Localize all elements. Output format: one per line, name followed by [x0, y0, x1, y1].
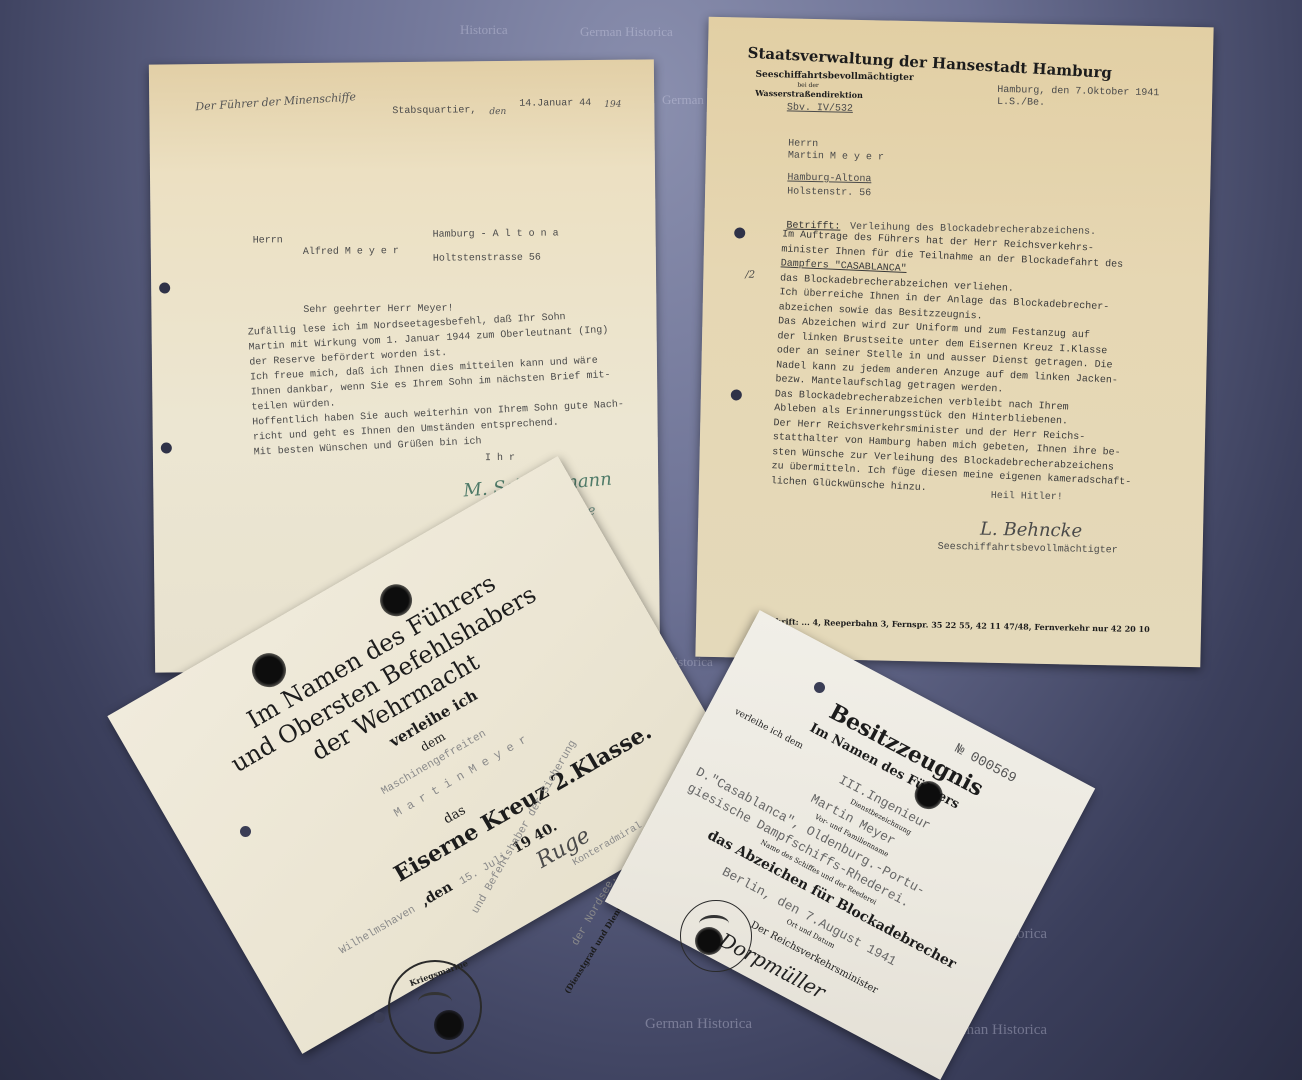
place: Wilhelmshaven [338, 904, 418, 957]
censor-blot [695, 927, 723, 955]
punch-hole [240, 826, 251, 837]
margin-note: /2 [745, 270, 755, 281]
signature: L. Behncke [980, 519, 1083, 542]
recipient-city: Hamburg - A l t o n a [433, 228, 559, 240]
eagle-icon [418, 992, 452, 1011]
recipient-name: Alfred M e y e r [303, 246, 399, 258]
letterhead-subtitle: Wasserstraßendirektion [755, 88, 863, 100]
date: 14.Januar 44 [519, 98, 591, 110]
recipient-city: Hamburg-Altona [787, 172, 871, 185]
censor-blot [434, 1010, 464, 1040]
number-label: № [952, 741, 967, 759]
watermark: German Historica [580, 24, 673, 40]
signature-title: Seeschiffahrtsbevollmächtigter [938, 542, 1118, 557]
place: Stabsquartier, [392, 105, 476, 117]
recipient-street: Holtstenstrasse 56 [433, 253, 541, 265]
salutation-prefix: Herrn [788, 138, 818, 150]
reference-2: L.S./Be. [997, 97, 1045, 109]
recipient-street: Holstenstr. 56 [787, 186, 871, 199]
den-label: den [489, 107, 506, 117]
letter-body: Im Auftrage des Führers hat der Herr Rei… [771, 228, 1143, 505]
punch-hole [159, 282, 170, 293]
verleihe-label: verleihe ich dem [733, 707, 805, 752]
closing: I h r [485, 453, 515, 464]
footer-address: Anschrift: ... 4, Reeperbahn 3, Fernspr.… [754, 616, 1150, 634]
closing: Heil Hitler! [991, 491, 1063, 504]
letterhead: Der Führer der Minenschiffe [195, 90, 356, 113]
letterhead-subtitle: Seeschiffahrtsbevollmächtigter [755, 70, 913, 83]
greeting: Sehr geehrter Herr Meyer! [303, 303, 453, 316]
punch-hole [731, 389, 742, 400]
salutation-prefix: Herrn [253, 235, 283, 246]
punch-hole [734, 227, 745, 238]
punch-hole [374, 1012, 385, 1023]
reichsverkehrsminister-stamp [680, 900, 752, 972]
cross-emblem [251, 652, 287, 688]
reference: Sbv. IV/532 [787, 102, 853, 114]
punch-hole [161, 442, 172, 453]
watermark: Historica [460, 22, 508, 38]
recipient-name: Martin M e y e r [788, 150, 884, 163]
stamp-text: Kriegsmarine [408, 958, 469, 988]
letter-staatsverwaltung-hamburg: Staatsverwaltung der Hansestadt Hamburg … [695, 17, 1213, 667]
letter-body: Zufällig lese ich im Nordseetagesbefehl,… [248, 307, 626, 460]
punch-hole [814, 682, 825, 693]
den-label: ,den [418, 879, 455, 910]
kriegsmarine-stamp: Kriegsmarine [388, 960, 482, 1054]
year-prefix: 194 [604, 100, 621, 110]
watermark: German Historica [645, 1016, 752, 1033]
